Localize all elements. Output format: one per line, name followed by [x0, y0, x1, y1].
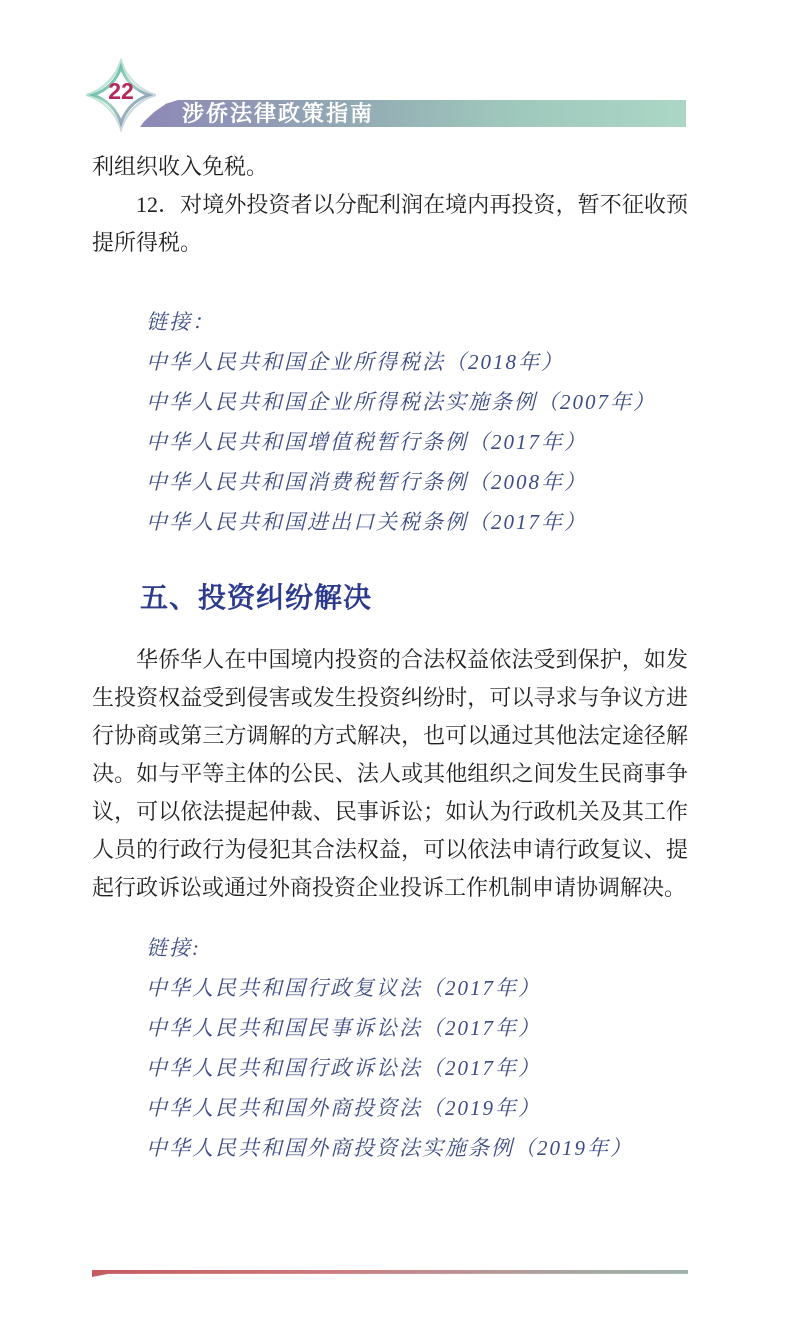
link-item: 中华人民共和国行政复议法（2017年） — [146, 968, 688, 1008]
page-number: 22 — [102, 78, 140, 105]
link-item: 中华人民共和国外商投资法实施条例（2019年） — [146, 1128, 688, 1168]
paragraph-tax-tail: 利组织收入免税。 — [92, 148, 688, 186]
link-item: 中华人民共和国行政诉讼法（2017年） — [146, 1048, 688, 1088]
header-bar: 涉侨法律政策指南 — [140, 100, 686, 127]
links-block-dispute: 链接: 中华人民共和国行政复议法（2017年） 中华人民共和国民事诉讼法（201… — [92, 928, 688, 1168]
links-label: 链接： — [146, 302, 688, 342]
link-item: 中华人民共和国进出口关税条例（2017年） — [146, 502, 688, 542]
links-block-tax: 链接： 中华人民共和国企业所得税法（2018年） 中华人民共和国企业所得税法实施… — [92, 302, 688, 542]
page-content: 利组织收入免税。 12．对境外投资者以分配利润在境内再投资，暂不征收预提所得税。… — [0, 148, 799, 1277]
link-item: 中华人民共和国增值税暂行条例（2017年） — [146, 422, 688, 462]
link-item: 中华人民共和国消费税暂行条例（2008年） — [146, 462, 688, 502]
document-page: 涉侨法律政策指南 22 — [0, 0, 799, 1342]
link-item: 中华人民共和国外商投资法（2019年） — [146, 1088, 688, 1128]
page-header: 涉侨法律政策指南 22 — [0, 0, 799, 130]
footer-rule-decoration — [92, 1270, 688, 1277]
link-item: 中华人民共和国企业所得税法实施条例（2007年） — [146, 382, 688, 422]
section-heading-dispute: 五、投资纠纷解决 — [140, 578, 688, 618]
link-item: 中华人民共和国企业所得税法（2018年） — [146, 342, 688, 382]
link-item: 中华人民共和国民事诉讼法（2017年） — [146, 1008, 688, 1048]
page-number-badge: 22 — [86, 58, 156, 132]
paragraph-dispute: 华侨华人在中国境内投资的合法权益依法受到保护，如发生投资权益受到侵害或发生投资纠… — [92, 641, 688, 907]
header-title: 涉侨法律政策指南 — [140, 100, 374, 127]
links-label: 链接: — [146, 928, 688, 968]
paragraph-tax-item12: 12．对境外投资者以分配利润在境内再投资，暂不征收预提所得税。 — [92, 186, 688, 262]
